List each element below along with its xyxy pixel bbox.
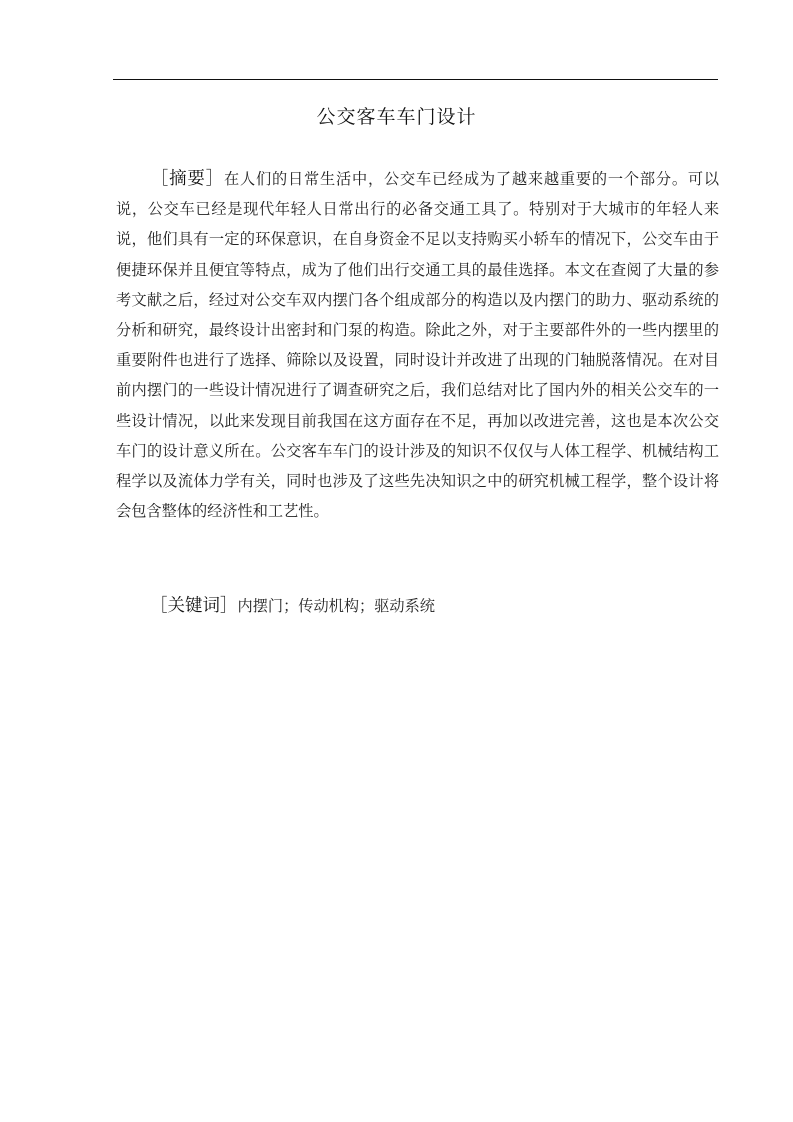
abstract-paragraph: ［摘要］在人们的日常生活中，公交车已经成为了越来越重要的一个部分。可以说，公交车… (116, 164, 719, 526)
abstract-label: ［摘要］ (150, 169, 224, 189)
keywords-line: ［关键词］内摆门；传动机构；驱动系统 (150, 592, 435, 617)
keywords-text: 内摆门；传动机构；驱动系统 (238, 597, 435, 615)
abstract-text: 在人们的日常生活中，公交车已经成为了越来越重要的一个部分。可以说，公交车已经是现… (116, 170, 719, 520)
header-rule (113, 79, 718, 80)
keywords-label: ［关键词］ (150, 596, 238, 616)
document-title: 公交客车车门设计 (0, 102, 793, 129)
